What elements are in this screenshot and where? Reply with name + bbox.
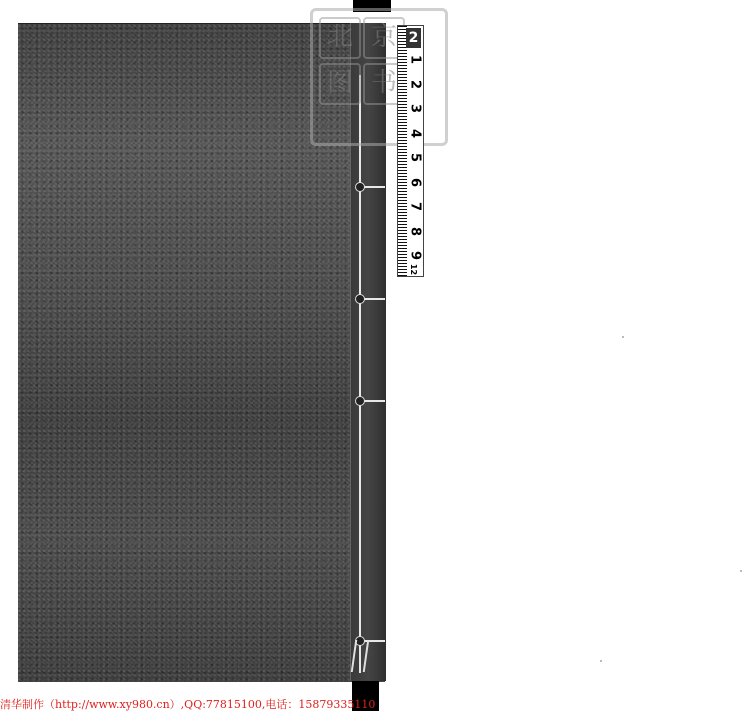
ruler-number: 9 [408,248,423,264]
ruler-number: 5 [408,150,423,166]
library-seal-stamp: 北 京 图 书 [310,8,448,146]
ruler-end-label: 12 [409,264,418,275]
ruler-number: 1 [408,52,423,68]
seal-glyph: 图 [319,63,361,105]
ruler-number: 3 [408,101,423,117]
binding-thread [359,75,361,673]
ruler-number: 7 [408,199,423,215]
scanned-page: 北 京 图 书 2 123456789 12 清华制作（http://www.x… [0,0,750,711]
dust-speck [740,570,742,572]
ruler-number: 8 [408,223,423,239]
seal-glyph: 北 [319,17,361,59]
thread-knot [355,396,365,406]
watermark-text: 清华制作（http://www.xy980.cn）,QQ:77815100,电话… [0,696,375,711]
ruler-cap-label: 2 [406,28,421,48]
ruler-number: 6 [408,174,423,190]
scale-ruler: 2 123456789 12 [397,25,424,277]
dust-speck [622,336,624,338]
ruler-number: 4 [408,125,423,141]
ruler-number: 2 [408,76,423,92]
dust-speck [600,660,602,662]
thread-knot [355,182,365,192]
ruler-ticks [398,26,407,276]
thread-knot [355,294,365,304]
